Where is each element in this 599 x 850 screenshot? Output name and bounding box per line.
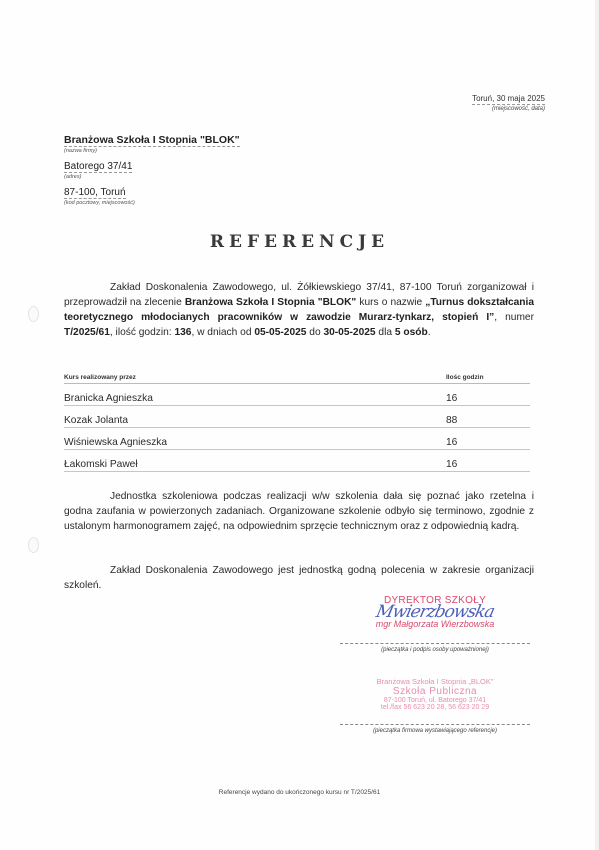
intro-text: , w dniach od	[191, 327, 254, 338]
client-name: Branżowa Szkoła I Stopnia "BLOK"	[185, 297, 356, 308]
col-instructor-header: Kurs realizowany przez	[64, 374, 136, 381]
table-row: Kozak Jolanta 88	[64, 406, 530, 428]
recommendation-paragraph: Zakład Doskonalenia Zawodowego jest jedn…	[64, 563, 534, 593]
table-row: Branicka Agnieszka 16	[64, 384, 530, 406]
signature-line	[340, 643, 530, 644]
instructor-hours: 16	[446, 393, 530, 404]
intro-text: kurs o nazwie	[356, 297, 425, 308]
instructor-name: Łakomski Paweł	[64, 459, 138, 470]
document-date: Toruń, 30 maja 2025	[472, 94, 545, 105]
table-row: Łakomski Paweł 16	[64, 450, 530, 472]
persons-count: 5 osób	[395, 327, 428, 338]
firm-name: Branżowa Szkoła I Stopnia "BLOK"	[64, 134, 240, 147]
intro-text: , ilość godzin:	[110, 327, 175, 338]
date-from: 05-05-2025	[254, 327, 306, 338]
stamp-caption: (pieczątka firmowa wystawiającego refere…	[340, 728, 530, 734]
company-stamp: Branżowa Szkoła I Stopnia „BLOK” Szkoła …	[345, 677, 525, 711]
intro-paragraph: Zakład Doskonalenia Zawodowego, ul. Żółk…	[64, 280, 534, 340]
course-number: T/2025/61	[64, 327, 110, 338]
instructor-name: Kozak Jolanta	[64, 415, 128, 426]
footer-note: Referencje wydano do ukończonego kursu n…	[0, 789, 599, 796]
intro-text: .	[428, 327, 431, 338]
page-edge	[595, 0, 599, 850]
stamp-line: Szkoła Publiczna	[345, 686, 525, 697]
recommendation-text: Zakład Doskonalenia Zawodowego jest jedn…	[64, 565, 534, 591]
punch-hole-icon	[28, 306, 39, 322]
signature-block: DYREKTOR SZKOŁY Mwierzbowska mgr Małgorz…	[340, 595, 530, 653]
instructor-hours: 16	[446, 459, 530, 470]
firm-postal-caption: (kod pocztowy, miejscowość)	[64, 200, 294, 206]
recipient-block: Branżowa Szkoła I Stopnia "BLOK" (nazwa …	[64, 130, 294, 208]
instructor-name: Branicka Agnieszka	[64, 393, 153, 404]
firm-address-caption: (adres)	[64, 174, 294, 180]
instructor-hours: 88	[446, 415, 530, 426]
document-page: Toruń, 30 maja 2025 (miejscowość, data) …	[0, 0, 599, 850]
col-hours-header: Ilośc godzin	[446, 374, 530, 381]
instructors-table: Kurs realizowany przez Ilośc godzin Bran…	[64, 374, 530, 472]
handwritten-signature: Mwierzbowska	[338, 602, 532, 622]
document-title: REFERENCJE	[0, 232, 599, 252]
firm-name-caption: (nazwa firmy)	[64, 148, 294, 154]
evaluation-paragraph: Jednostka szkoleniowa podczas realizacji…	[64, 489, 534, 534]
table-row: Wiśniewska Agnieszka 16	[64, 428, 530, 450]
punch-hole-icon	[28, 537, 39, 553]
intro-text: do	[306, 327, 323, 338]
firm-address: Batorego 37/41	[64, 161, 132, 173]
course-hours: 136	[174, 327, 191, 338]
table-header: Kurs realizowany przez Ilośc godzin	[64, 374, 530, 384]
date-to: 30-05-2025	[323, 327, 375, 338]
signature-caption: (pieczątka i podpis osoby upoważnionej)	[340, 647, 530, 653]
evaluation-text: Jednostka szkoleniowa podczas realizacji…	[64, 491, 534, 532]
stamp-line: Branżowa Szkoła I Stopnia „BLOK”	[345, 677, 525, 686]
instructor-hours: 16	[446, 437, 530, 448]
intro-text: , numer	[494, 312, 534, 323]
stamp-line: tel./fax 56 623 20 28, 56 623 20 29	[345, 704, 525, 711]
firm-postal: 87-100, Toruń	[64, 187, 126, 199]
instructor-name: Wiśniewska Agnieszka	[64, 437, 167, 448]
date-caption: (miejscowość, data)	[395, 106, 545, 112]
stamp-line: 87-100 Toruń, ul. Batorego 37/41	[345, 697, 525, 704]
intro-text: dla	[376, 327, 395, 338]
date-block: Toruń, 30 maja 2025 (miejscowość, data)	[395, 88, 545, 112]
stamp-line-divider	[340, 724, 530, 725]
